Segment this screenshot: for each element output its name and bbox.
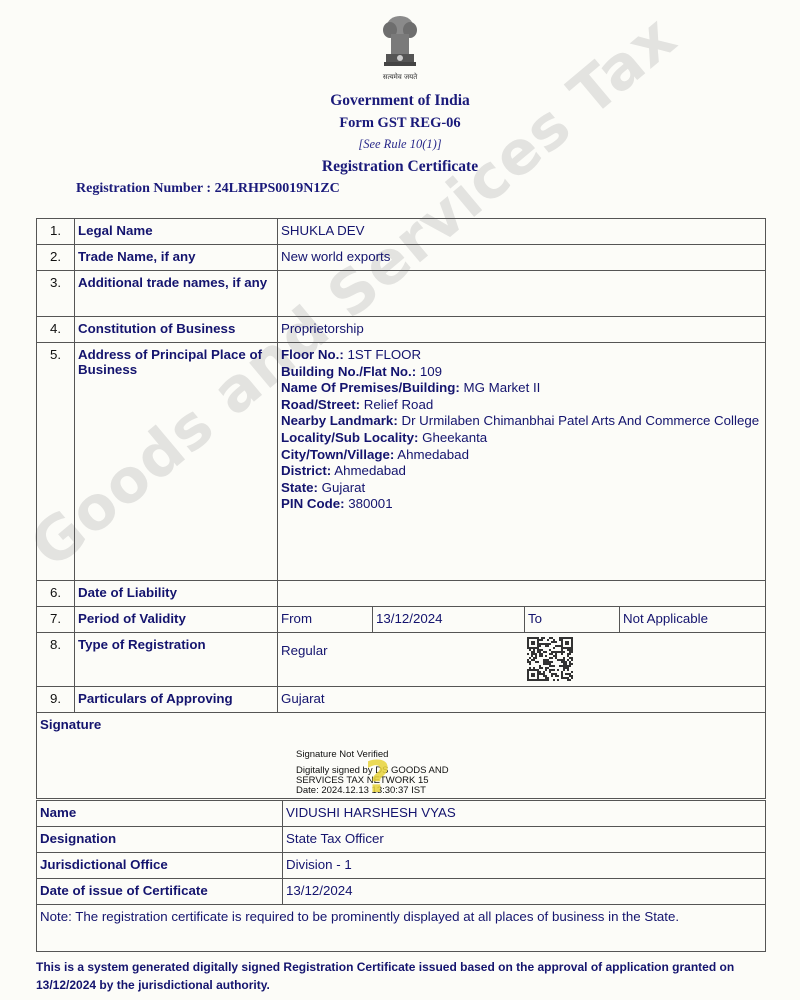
principal-address: Floor No.: 1ST FLOORBuilding No./Flat No… [278,343,766,581]
date-of-issue: 13/12/2024 [283,879,766,905]
constitution-of-business: Proprietorship [278,317,766,343]
footer-statement: This is a system generated digitally sig… [36,958,766,994]
address-line: District: Ahmedabad [281,463,762,480]
validity-from: 13/12/2024 [373,607,525,633]
additional-trade-names [278,271,766,317]
registration-details-table: 1. Legal Name SHUKLA DEV 2. Trade Name, … [36,218,766,799]
address-line: PIN Code: 380001 [281,496,762,513]
address-line: Building No./Flat No.: 109 [281,364,762,381]
question-mark-icon: ? [365,752,391,803]
officer-name: VIDUSHI HARSHESH VYAS [283,801,766,827]
approving-particulars: Gujarat [278,687,766,713]
table-row: 3. Additional trade names, if any [37,271,766,317]
address-line: State: Gujarat [281,480,762,497]
legal-name: SHUKLA DEV [278,219,766,245]
note-row: Note: The registration certificate is re… [37,905,766,952]
emblem-motto: सत्यमेव जयते [362,73,438,82]
note-text: Note: The registration certificate is re… [37,905,766,952]
table-row: Name VIDUSHI HARSHESH VYAS [37,801,766,827]
address-line: City/Town/Village: Ahmedabad [281,447,762,464]
table-row: 9. Particulars of Approving Gujarat [37,687,766,713]
table-row: 1. Legal Name SHUKLA DEV [37,219,766,245]
date-of-liability [278,581,766,607]
officer-designation: State Tax Officer [283,827,766,853]
rule-reference: [See Rule 10(1)] [0,137,800,152]
table-row: 5. Address of Principal Place of Busines… [37,343,766,581]
table-row: 8. Type of Registration Regular [37,633,766,687]
trade-name: New world exports [278,245,766,271]
table-row: Designation State Tax Officer [37,827,766,853]
table-row: 4. Constitution of Business Proprietorsh… [37,317,766,343]
table-row: 6. Date of Liability [37,581,766,607]
registration-number: Registration Number : 24LRHPS0019N1ZC [76,181,340,197]
officer-table: Name VIDUSHI HARSHESH VYAS Designation S… [36,800,766,952]
address-line: Floor No.: 1ST FLOOR [281,347,762,364]
address-line: Name Of Premises/Building: MG Market II [281,380,762,397]
validity-to: Not Applicable [620,607,766,633]
address-line: Nearby Landmark: Dr Urmilaben Chimanbhai… [281,413,762,430]
jurisdictional-office: Division - 1 [283,853,766,879]
government-title: Government of India [0,92,800,110]
signature-line-3: Date: 2024.12.13 13:30:37 IST [296,786,426,796]
qr-code-icon [527,637,573,681]
table-row: 7. Period of Validity From 13/12/2024 To… [37,607,766,633]
table-row: Jurisdictional Office Division - 1 [37,853,766,879]
certificate-title: Registration Certificate [0,158,800,176]
form-title: Form GST REG-06 [0,115,800,132]
address-line: Locality/Sub Locality: Gheekanta [281,430,762,447]
address-line: Road/Street: Relief Road [281,397,762,414]
table-row: 2. Trade Name, if any New world exports [37,245,766,271]
table-row: Date of issue of Certificate 13/12/2024 [37,879,766,905]
registration-type: Regular [281,643,762,658]
